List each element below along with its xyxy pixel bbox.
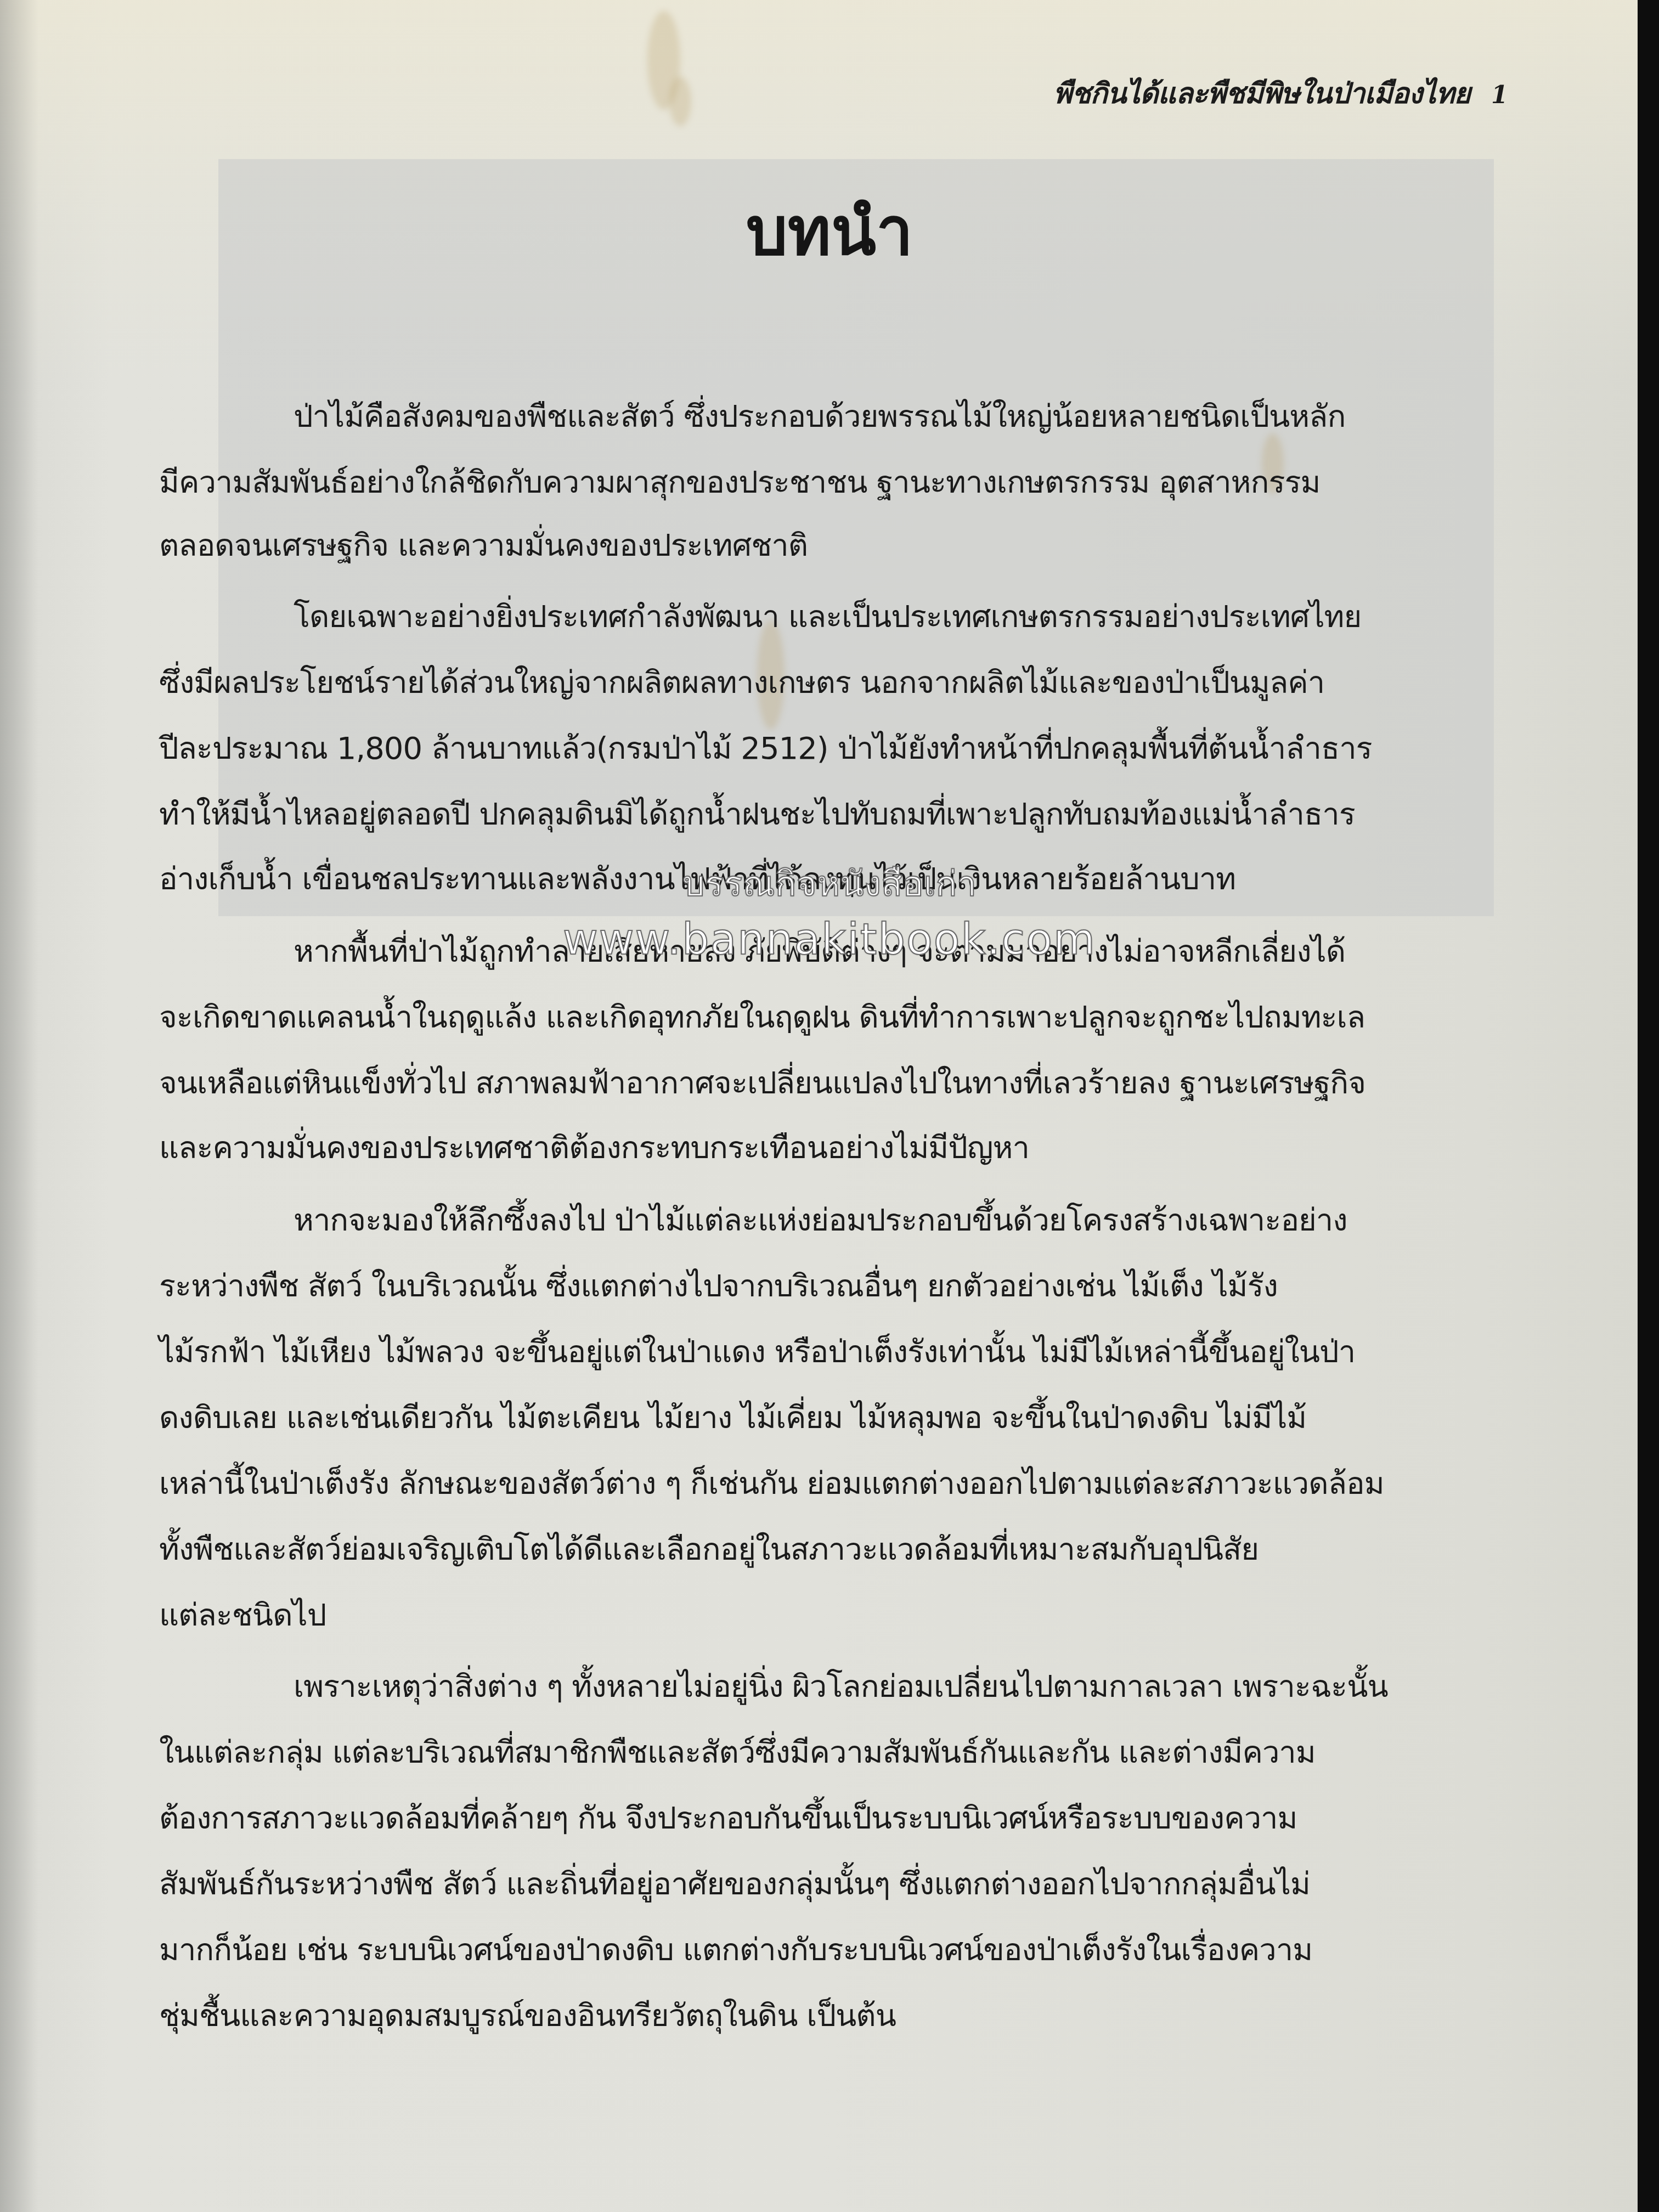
running-head-title: พืชกินได้และพืชมีพิษในป่าเมืองไทย [1053,77,1470,110]
paragraph-4-line-2: ระหว่างพืช สัตว์ ในบริเวณนั้น ซึ่งแตกต่า… [159,1267,1278,1306]
running-head: พืชกินได้และพืชมีพิษในป่าเมืองไทย1 [1053,70,1508,116]
page-number: 1 [1491,81,1508,109]
paragraph-5-line-6: ชุ่มชื้นและความอุดมสมบูรณ์ของอินทรียวัตถ… [159,1997,896,2035]
paragraph-2-line-1: โดยเฉพาะอย่างยิ่งประเทศกำลังพัฒนา และเป็… [294,598,1361,636]
paragraph-3-line-2: จะเกิดขาดแคลนน้ำในฤดูแล้ง และเกิดอุทกภัย… [159,998,1365,1037]
paragraph-5-line-4: สัมพันธ์กันระหว่างพืช สัตว์ และถิ่นที่อย… [159,1865,1310,1904]
paragraph-2-line-3: ปีละประมาณ 1,800 ล้านบาทแล้ว(กรมป่าไม้ 2… [159,730,1372,768]
paragraph-4-line-5: เหล่านี้ในป่าเต็งรัง ลักษณะของสัตว์ต่าง … [159,1465,1384,1503]
paragraph-4-line-3: ไม้รกฟ้า ไม้เหียง ไม้พลวง จะขึ้นอยู่แต่ใ… [159,1333,1355,1372]
paragraph-3-line-4: และความมั่นคงของประเทศชาติต้องกระทบกระเท… [159,1129,1029,1167]
watermark-shop-name: บรรณกิจหนังสือเก่า [0,856,1659,912]
paragraph-1-line-1: ป่าไม้คือสังคมของพืชและสัตว์ ซึ่งประกอบด… [294,398,1345,436]
paragraph-4-line-1: หากจะมองให้ลึกซึ้งลงไป ป่าไม้แต่ละแห่งย่… [294,1201,1347,1240]
paragraph-2-line-4: ทำให้มีน้ำไหลอยู่ตลอดปี ปกคลุมดินมิได้ถู… [159,795,1355,834]
chapter-title: บทนำ [0,178,1659,283]
spine-shadow [0,0,38,2212]
background-edge [1638,0,1659,2212]
watermark-url: www.bannakitbook.com [0,915,1659,964]
paragraph-5-line-1: เพราะเหตุว่าสิ่งต่าง ๆ ทั้งหลายไม่อยู่นิ… [294,1668,1388,1706]
paragraph-2-line-2: ซึ่งมีผลประโยชน์รายได้ส่วนใหญ่จากผลิตผลท… [159,664,1324,702]
paragraph-1-line-3: ตลอดจนเศรษฐกิจ และความมั่นคงของประเทศชาต… [159,527,808,565]
paragraph-5-line-5: มากก็น้อย เช่น ระบบนิเวศน์ของป่าดงดิบ แต… [159,1931,1312,1970]
paragraph-5-line-2: ในแต่ละกลุ่ม แต่ละบริเวณที่สมาชิกพืชและส… [159,1734,1316,1772]
paper-stain [669,77,691,126]
paragraph-4-line-7: แต่ละชนิดไป [159,1596,326,1635]
paragraph-3-line-3: จนเหลือแต่หินแข็งทั่วไป สภาพลมฟ้าอากาศจะ… [159,1064,1365,1103]
paragraph-1-line-2: มีความสัมพันธ์อย่างใกล้ชิดกับความผาสุกขอ… [159,464,1321,502]
paragraph-4-line-6: ทั้งพืชและสัตว์ย่อมเจริญเติบโตได้ดีและเล… [159,1531,1259,1569]
paragraph-4-line-4: ดงดิบเลย และเช่นเดียวกัน ไม้ตะเคียน ไม้ย… [159,1399,1306,1437]
paragraph-5-line-3: ต้องการสภาวะแวดล้อมที่คล้ายๆ กัน จึงประก… [159,1799,1297,1838]
